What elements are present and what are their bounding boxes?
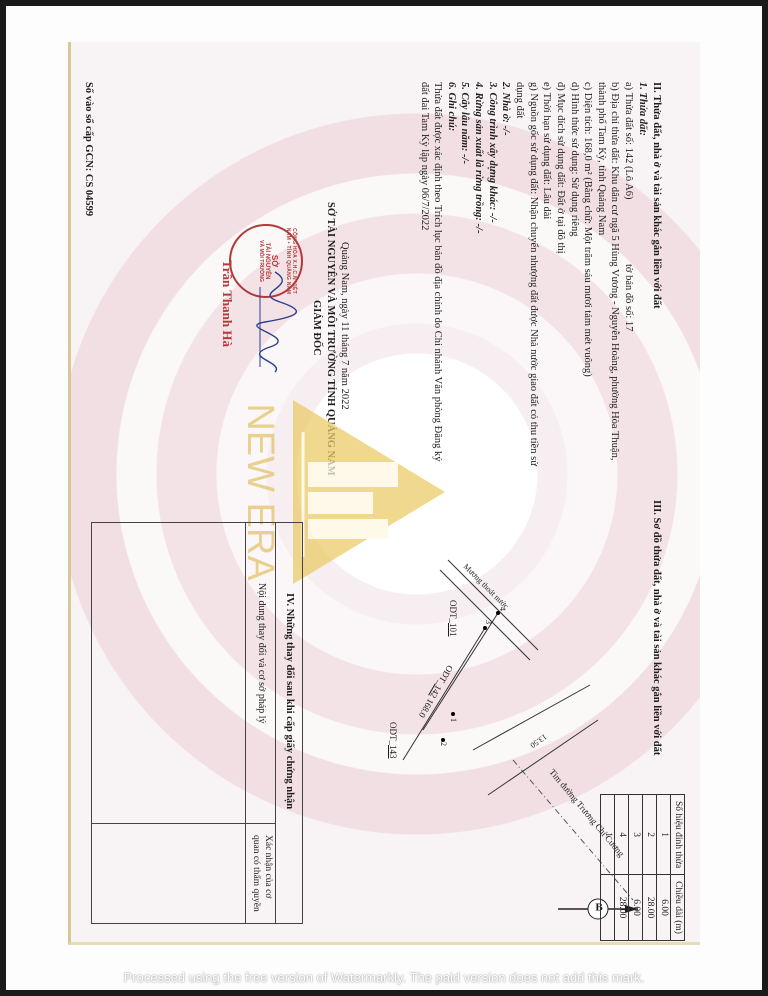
section2-sub-parcel: 1. Thửa đất: — [635, 82, 649, 136]
notes-line-2: đất đai Tam Kỳ lập ngày 06/7/2022 — [417, 82, 431, 230]
table-header-length: Chiều dài (m) — [671, 875, 685, 941]
vertex-length-table: Số hiệu đỉnh thửa Chiều dài (m) 16.00 22… — [600, 794, 685, 941]
changes-box: IV. Những thay đổi sau khi cấp giấy chứn… — [91, 522, 303, 924]
parcel-143-label: ODT_143 — [388, 722, 398, 759]
section3-title: III. Sơ đồ thửa đất, nhà ở và tài sản kh… — [649, 500, 663, 755]
perennial-info: 5. Cây lâu năm: -/- — [457, 82, 471, 164]
table-header-vertex: Số hiệu đỉnh thửa — [671, 795, 685, 875]
usage-form: d) Hình thức sử dụng: Sử dụng riêng — [567, 82, 581, 236]
parcel-edge-top — [423, 613, 498, 730]
vertex-3: 3 — [484, 620, 493, 624]
usage-purpose: đ) Mục đích sử dụng đất: Đất ở tại đô th… — [553, 82, 567, 254]
table-row: 228.00 — [643, 795, 657, 941]
vertex-2: 2 — [439, 742, 448, 746]
signature-place-date: Quảng Nam, ngày 11 tháng 7 năm 2022 — [337, 242, 351, 410]
changes-header: IV. Những thay đổi sau khi cấp giấy chứn… — [275, 523, 302, 923]
certificate-landscape: II. Thửa đất, nhà ở và tài sản khác gắn … — [71, 42, 700, 945]
parcel-number: a) Thửa đất số: 142 (Lô A6) — [621, 82, 635, 199]
certificate-page: II. Thửa đất, nhà ở và tài sản khác gắn … — [68, 42, 700, 945]
vertex-1: 1 — [449, 718, 458, 722]
changes-col-content: Nội dung thay đổi và cơ sở pháp lý — [254, 583, 268, 724]
parcel-address-2: thành phố Tam Kỳ, tỉnh Quảng Nam — [594, 82, 608, 235]
usage-origin-2: dụng đất — [512, 82, 526, 118]
construction-info: 3. Công trình xây dựng khác: -/- — [485, 82, 499, 223]
parcel-area: c) Diện tích: 168,0 m² (Bằng chữ: Một tr… — [580, 82, 594, 377]
house-info: 2. Nhà ở: -/- — [498, 82, 512, 135]
table-row: 1 — [601, 795, 615, 941]
parcel-101-label: ODT_101 — [448, 600, 458, 637]
section2-title: II. Thửa đất, nhà ở và tài sản khác gắn … — [649, 82, 663, 309]
table-row: 36.00 — [629, 795, 643, 941]
watermark-notice: Processed using the free version of Wate… — [0, 970, 768, 985]
signer-name: Trần Thanh Hà — [219, 260, 235, 347]
usage-term: e) Thời hạn sử dụng đất: Lâu dài — [539, 82, 553, 219]
drainage-line-1 — [448, 560, 538, 650]
signature-scribble — [245, 267, 305, 377]
table-row: 16.00 — [657, 795, 671, 941]
usage-origin: g) Nguồn gốc sử dụng đất: Nhận chuyển nh… — [526, 82, 540, 466]
section4-title: IV. Những thay đổi sau khi cấp giấy chứn… — [282, 593, 296, 809]
map-sheet-number: tờ bản đồ số: 17 — [621, 264, 635, 331]
signature-position: GIÁM ĐỐC — [309, 300, 323, 356]
table-row: 428.00 — [615, 795, 629, 941]
forest-info: 4. Rừng sản xuất là rừng trồng: -/- — [471, 82, 485, 233]
changes-columns: Nội dung thay đổi và cơ sở pháp lý Xác n… — [245, 523, 276, 923]
changes-col-confirm: Xác nhận của cơ quan có thẩm quyền — [250, 835, 274, 912]
parcel-address: b) Địa chỉ thửa đất: Khu dân cư ngã 5 Hù… — [607, 82, 621, 460]
notes-label: 6. Ghi chú: — [444, 82, 458, 131]
registry-number: Số vào sổ cấp GCN: CS 04599 — [81, 82, 95, 216]
